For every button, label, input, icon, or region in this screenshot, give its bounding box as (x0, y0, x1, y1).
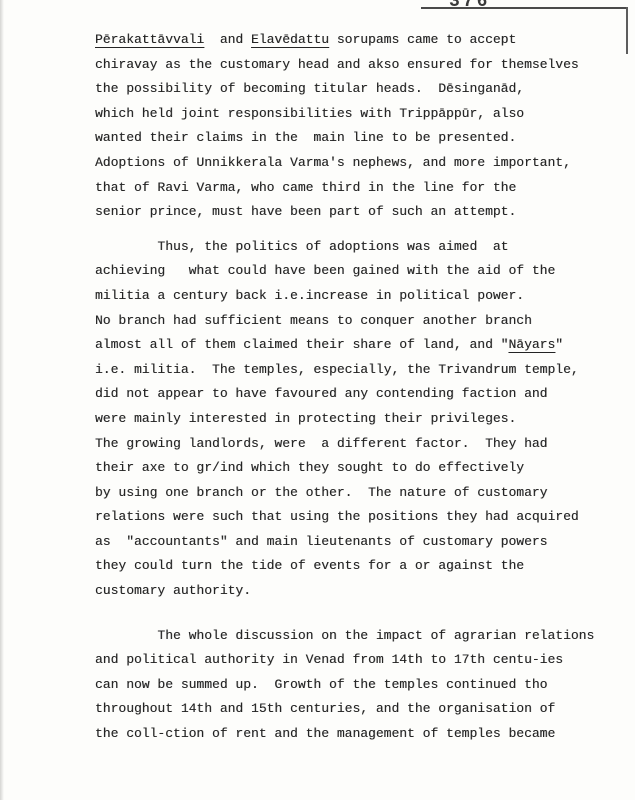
text-segment: customary authority. (95, 583, 251, 598)
text-segment: they could turn the tide of events for a… (95, 558, 524, 573)
text-segment: almost all of them claimed their share o… (95, 337, 508, 352)
text-segment: the coll-ction of rent and the managemen… (95, 726, 555, 741)
paragraph: Pērakattāvvali and Elavēdattu sorupams c… (95, 28, 605, 225)
text-segment: chiravay as the customary head and akso … (95, 57, 579, 72)
page-number: 376 (449, 0, 490, 12)
text-line: by using one branch or the other. The na… (95, 481, 605, 506)
text-segment: No branch had sufficient means to conque… (95, 313, 532, 328)
text-segment: the possibility of becoming titular head… (95, 81, 524, 96)
text-segment: i.e. militia. The temples, especially, t… (95, 362, 579, 377)
underlined-term: Nāyars (508, 337, 555, 352)
text-line: Thus, the politics of adoptions was aime… (95, 235, 605, 260)
document-body: Pērakattāvvali and Elavēdattu sorupams c… (95, 28, 605, 757)
text-line: were mainly interested in protecting the… (95, 407, 605, 432)
text-segment: by using one branch or the other. The na… (95, 485, 547, 500)
text-line: throughout 14th and 15th centuries, and … (95, 697, 605, 722)
text-line: achieving what could have been gained wi… (95, 259, 605, 284)
text-line: as "accountants" and main lieutenants of… (95, 530, 605, 555)
text-segment: that of Ravi Varma, who came third in th… (95, 180, 516, 195)
text-segment: " (555, 337, 563, 352)
text-segment: Thus, the politics of adoptions was aime… (95, 239, 508, 254)
text-line: almost all of them claimed their share o… (95, 333, 605, 358)
text-line: Adoptions of Unnikkerala Varma's nephews… (95, 151, 605, 176)
text-segment: senior prince, must have been part of su… (95, 204, 516, 219)
paragraph: Thus, the politics of adoptions was aime… (95, 235, 605, 604)
text-line: that of Ravi Varma, who came third in th… (95, 176, 605, 201)
text-line: wanted their claims in the main line to … (95, 126, 605, 151)
text-segment: The whole discussion on the impact of ag… (95, 628, 594, 643)
document-page: 376 Pērakattāvvali and Elavēdattu sorupa… (0, 0, 635, 800)
text-segment: relations were such that using the posit… (95, 509, 579, 524)
scan-edge-shadow (0, 0, 4, 800)
text-line: the coll-ction of rent and the managemen… (95, 722, 605, 747)
text-segment: sorupams came to accept (329, 32, 516, 47)
text-segment: were mainly interested in protecting the… (95, 411, 516, 426)
underlined-term: Pērakattāvvali (95, 32, 204, 47)
text-segment: and (204, 32, 251, 47)
text-line: The whole discussion on the impact of ag… (95, 624, 605, 649)
text-segment: did not appear to have favoured any cont… (95, 386, 547, 401)
text-segment: militia a century back i.e.increase in p… (95, 288, 524, 303)
text-line: which held joint responsibilities with T… (95, 102, 605, 127)
text-line: Pērakattāvvali and Elavēdattu sorupams c… (95, 28, 605, 53)
text-line: chiravay as the customary head and akso … (95, 53, 605, 78)
text-line: they could turn the tide of events for a… (95, 554, 605, 579)
text-line: the possibility of becoming titular head… (95, 77, 605, 102)
text-segment: can now be summed up. Growth of the temp… (95, 677, 547, 692)
text-segment: The growing landlords, were a different … (95, 436, 547, 451)
text-segment: which held joint responsibilities with T… (95, 106, 524, 121)
text-line: and political authority in Venad from 14… (95, 648, 605, 673)
text-line: senior prince, must have been part of su… (95, 200, 605, 225)
text-segment: and political authority in Venad from 14… (95, 652, 563, 667)
text-line: No branch had sufficient means to conque… (95, 309, 605, 334)
text-line: customary authority. (95, 579, 605, 604)
text-line: did not appear to have favoured any cont… (95, 382, 605, 407)
text-line: relations were such that using the posit… (95, 505, 605, 530)
text-segment: Adoptions of Unnikkerala Varma's nephews… (95, 155, 571, 170)
text-line: militia a century back i.e.increase in p… (95, 284, 605, 309)
text-line: i.e. militia. The temples, especially, t… (95, 358, 605, 383)
text-segment: their axe to gr/ind which they sought to… (95, 460, 524, 475)
underlined-term: Elavēdattu (251, 32, 329, 47)
text-line: The growing landlords, were a different … (95, 432, 605, 457)
text-line: can now be summed up. Growth of the temp… (95, 673, 605, 698)
text-segment: as "accountants" and main lieutenants of… (95, 534, 547, 549)
paragraph: The whole discussion on the impact of ag… (95, 624, 605, 747)
text-line: their axe to gr/ind which they sought to… (95, 456, 605, 481)
header-vertical-rule (626, 7, 628, 54)
text-segment: wanted their claims in the main line to … (95, 130, 516, 145)
text-segment: achieving what could have been gained wi… (95, 263, 555, 278)
text-segment: throughout 14th and 15th centuries, and … (95, 701, 555, 716)
